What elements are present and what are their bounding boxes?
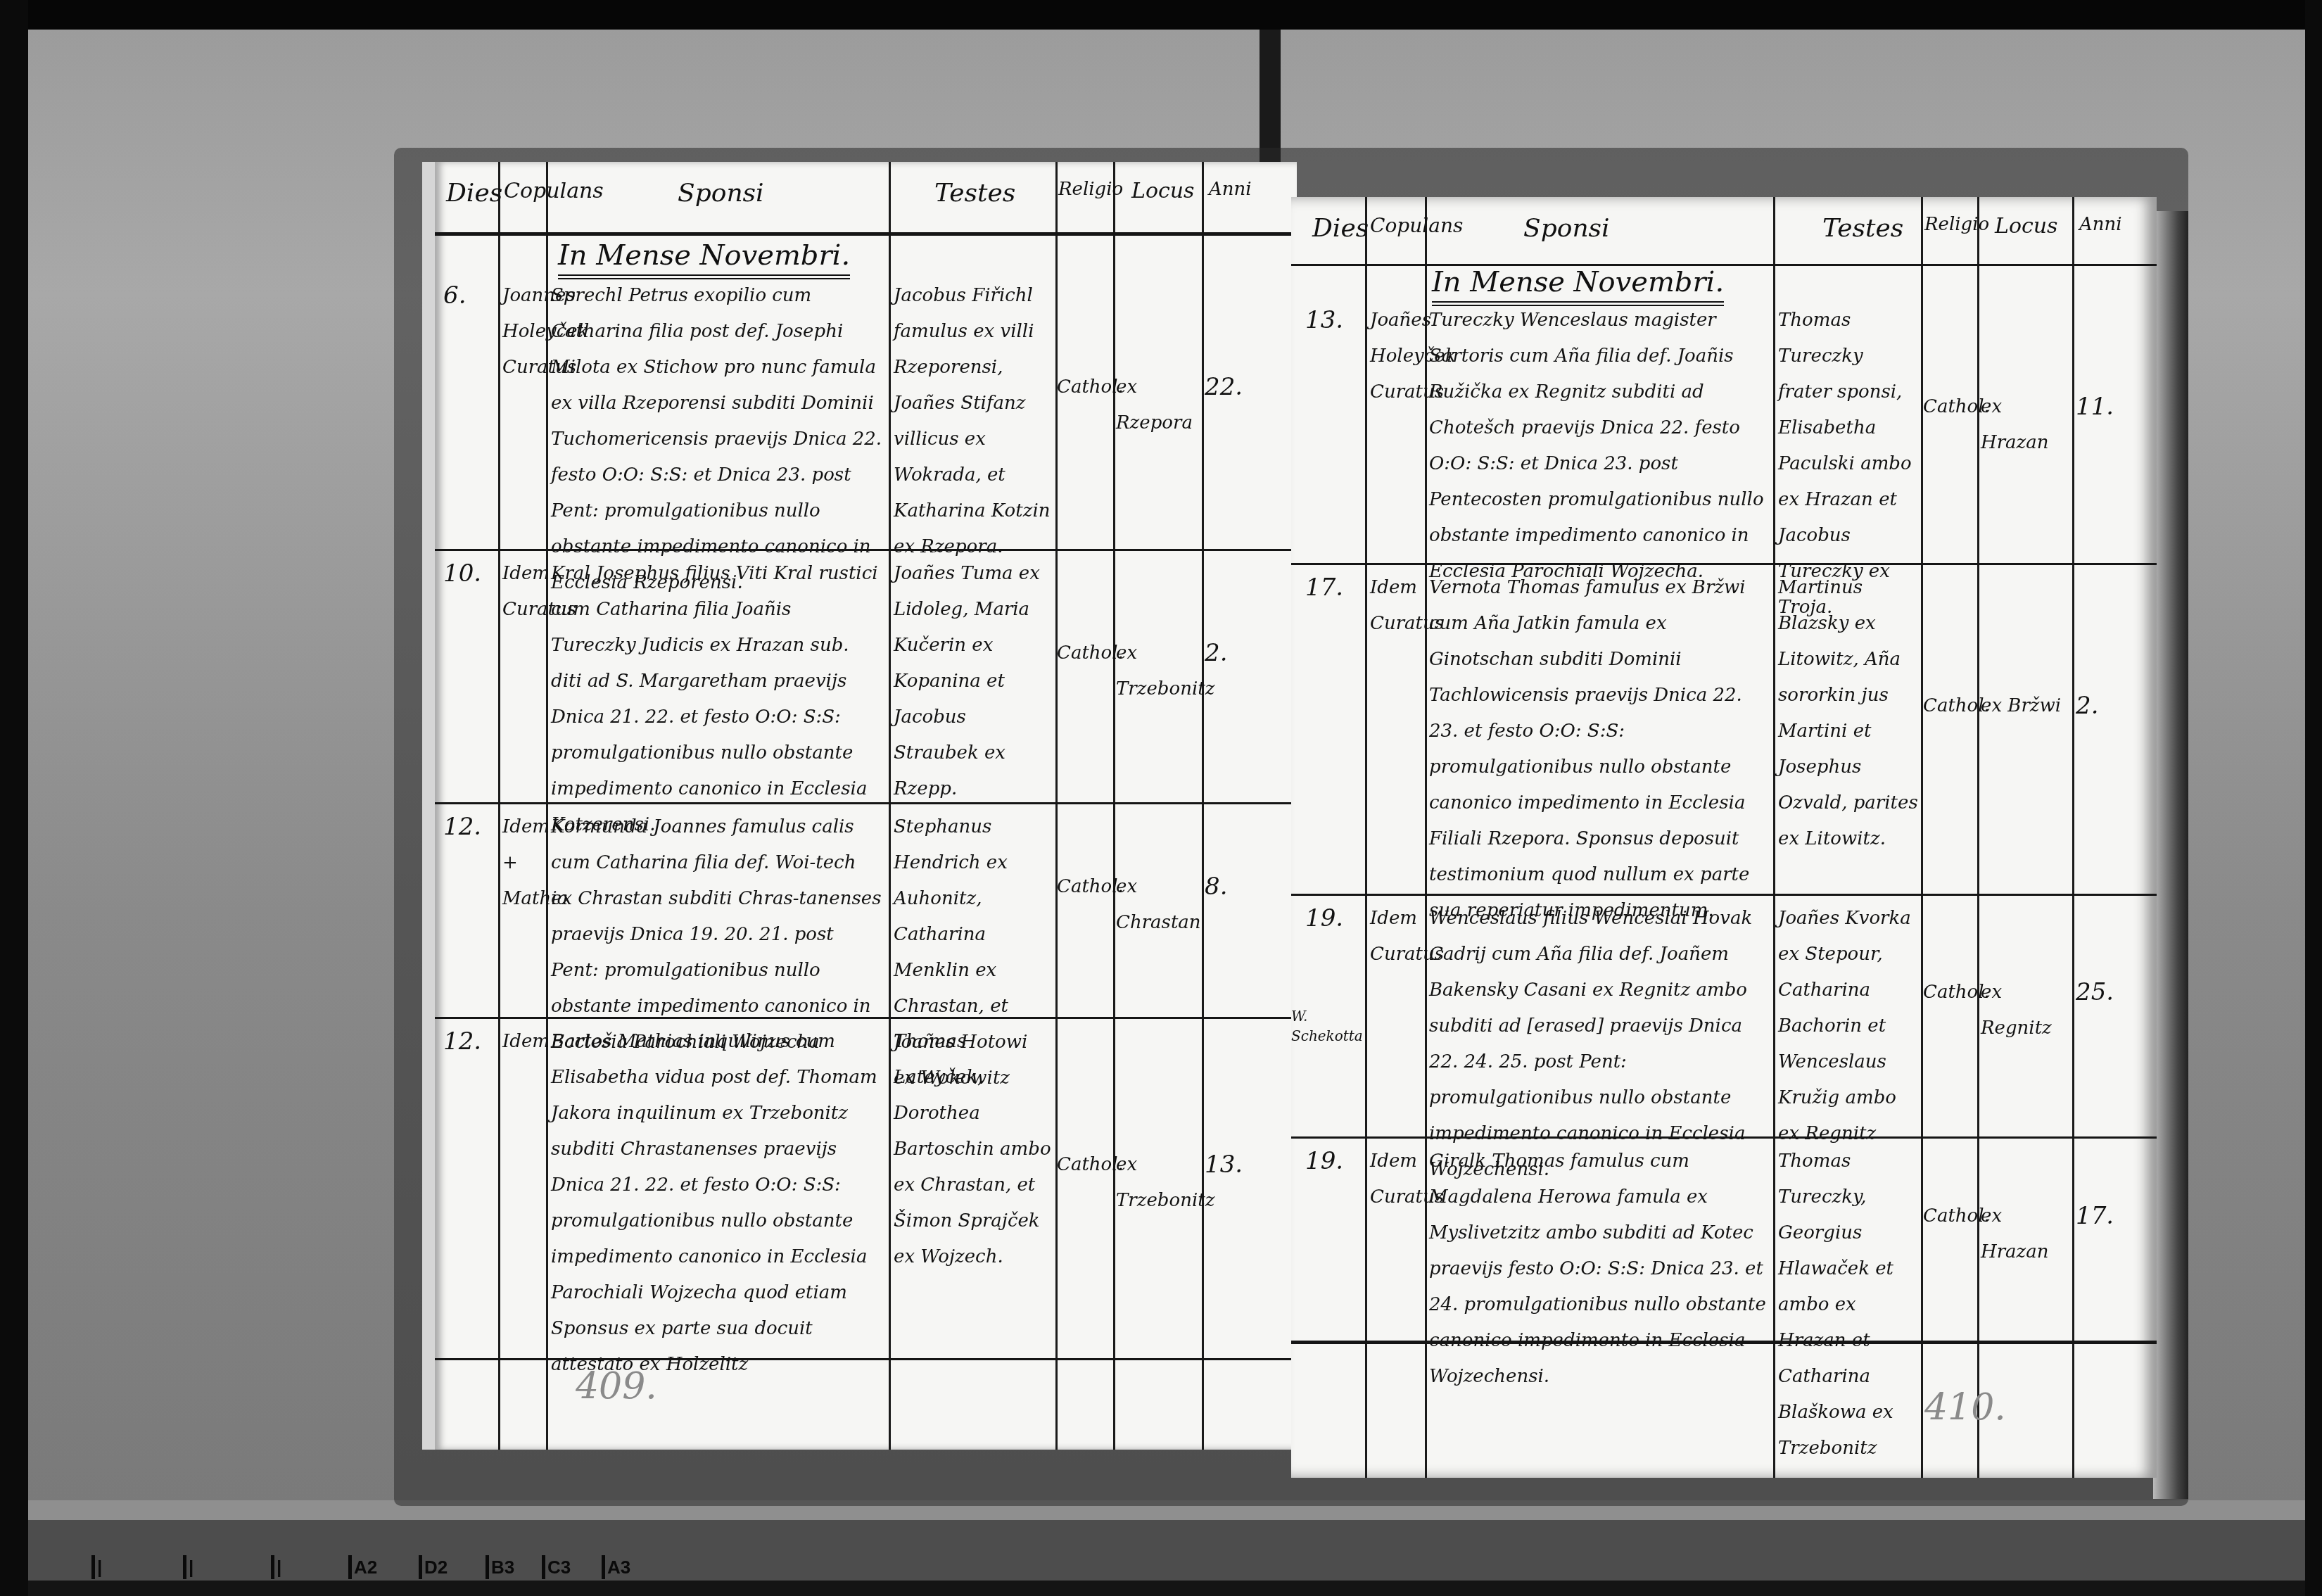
microfilm-marker: B3: [486, 1555, 514, 1579]
entry-day: 10.: [443, 556, 493, 592]
entry-religio: Cathol.: [1057, 369, 1112, 405]
column-header-sponsi: Sponsi: [1523, 214, 1610, 243]
microfilm-marker: A2: [348, 1555, 377, 1579]
film-edge: [28, 1581, 2305, 1596]
entry-anni: 2.: [2076, 688, 2153, 724]
entry-day: 13.: [1305, 303, 1362, 338]
column-divider: [1113, 162, 1115, 1450]
entry-religio: Cathol.: [1057, 1147, 1112, 1183]
book-page-edges: [2153, 211, 2188, 1499]
entry-sponsi: Tureczky Wenceslaus magister Sartoris cu…: [1429, 303, 1770, 590]
entry-locus: ex Regnitz: [1981, 975, 2069, 1046]
column-divider: [889, 162, 891, 1450]
entry-day: 6.: [443, 278, 493, 314]
column-header-locus: Locus: [1995, 214, 2058, 239]
folio-number: 409.: [576, 1365, 657, 1407]
microfilm-marker: |: [183, 1555, 193, 1579]
column-divider: [498, 162, 500, 1450]
entry-copulans: Idem Curatus: [1370, 901, 1423, 973]
microfilm-marker: |: [271, 1555, 281, 1579]
column-divider: [1202, 162, 1204, 1450]
entry-copulans: Idem Curatus: [502, 556, 545, 628]
column-header-locus: Locus: [1131, 179, 1195, 203]
column-divider: [546, 162, 548, 1450]
left-page: Dies Copulans Sponsi Testes Religio Locu…: [422, 162, 1297, 1450]
entry-testes: Joañes Kvorka ex Stepour, Catharina Bach…: [1778, 901, 1919, 1152]
folio-number: 410.: [1924, 1386, 2006, 1429]
column-header-anni: Anni: [2079, 214, 2122, 235]
column-header-anni: Anni: [1209, 179, 1252, 200]
entry-anni: 22.: [1205, 369, 1289, 405]
entry-day: 19.: [1305, 901, 1362, 937]
entry-sponsi: Vernota Thomas famulus ex Bržwi cum Aña …: [1429, 570, 1770, 929]
column-header-testes: Testes: [934, 179, 1015, 208]
entry-testes: Martinus Blazsky ex Litowitz, Aña sorork…: [1778, 570, 1919, 857]
entry-copulans: Idem Curatus: [1370, 570, 1423, 642]
month-heading: In Mense Novembri.: [1432, 266, 1724, 306]
entry-religio: Cathol.: [1923, 1198, 1975, 1234]
entry-sponsi: Kormunda Joannes famulus calis cum Catha…: [551, 809, 882, 1060]
column-header-copulans: Copulans: [1370, 214, 1463, 237]
entry-anni: 2.: [1205, 635, 1289, 671]
column-header-sponsi: Sponsi: [678, 179, 764, 208]
entry-testes: Thomas Tureczky, Georgius Hlawaček et am…: [1778, 1144, 1919, 1467]
column-divider: [1055, 162, 1058, 1450]
column-header-testes: Testes: [1822, 214, 1903, 243]
entry-anni: 13.: [1205, 1147, 1289, 1183]
entry-separator: [435, 549, 1297, 551]
entry-anni: 11.: [2076, 389, 2153, 425]
entry-separator: [1291, 563, 2157, 565]
entry-religio: Cathol.: [1057, 869, 1112, 905]
column-header-dies: Dies: [1312, 214, 1369, 243]
entry-day: 12.: [443, 809, 493, 845]
right-page: Dies Copulans Sponsi Testes Religio Locu…: [1291, 197, 2157, 1478]
entry-locus: ex Bržwi: [1981, 688, 2069, 724]
entry-margin-note: W. Schekotta: [1291, 1006, 1362, 1046]
column-divider: [1977, 197, 1979, 1478]
entry-separator: [1291, 894, 2157, 896]
entry-anni: 25.: [2076, 975, 2153, 1011]
entry-sponsi: Kral Josephus filius Viti Kral rustici c…: [551, 556, 882, 843]
entry-locus: ex Hrazan: [1981, 389, 2069, 461]
scanner-frame-right: [2305, 0, 2322, 1596]
entry-sponsi: Sprechl Petrus exopilio cum Catharina fi…: [551, 278, 882, 601]
entry-anni: 17.: [2076, 1198, 2153, 1234]
entry-separator: [435, 802, 1297, 804]
entry-day: 17.: [1305, 570, 1362, 606]
entry-religio: Cathol.: [1923, 389, 1975, 425]
scanner-frame-left: [0, 0, 28, 1596]
column-divider: [1365, 197, 1367, 1478]
entry-locus: ex Trzebonitz: [1116, 1147, 1199, 1219]
entry-copulans: Joannes Holeyček Curatus: [502, 278, 545, 386]
page-bottom-rule: [435, 1358, 1297, 1360]
entry-copulans: Joañes Holeyček Curatus: [1370, 303, 1423, 410]
entry-sponsi: Giralk Thomas famulus cum Magdalena Hero…: [1429, 1144, 1770, 1395]
microfilm-marker: A3: [602, 1555, 630, 1579]
column-divider: [2072, 197, 2074, 1478]
entry-religio: Cathol.: [1923, 688, 1975, 724]
column-header-religio: Religio: [1058, 179, 1123, 200]
column-header-religio: Religio: [1924, 214, 1989, 235]
entry-religio: Cathol.: [1923, 975, 1975, 1011]
microfilm-marker: C3: [542, 1555, 571, 1579]
microfilm-marker: |: [91, 1555, 102, 1579]
entry-locus: ex Chrastan: [1116, 869, 1199, 941]
scanner-frame-top: [0, 0, 2322, 30]
month-heading: In Mense Novembri.: [558, 239, 850, 279]
entry-copulans: Idem Curatus: [1370, 1144, 1423, 1215]
entry-testes: Thomas Lateyček, Dorothea Bartoschin amb…: [894, 1024, 1052, 1275]
entry-day: 19.: [1305, 1144, 1362, 1179]
entry-sponsi: Bartoš Mathias inquilinus cum Elisabetha…: [551, 1024, 882, 1383]
header-rule: [435, 232, 1297, 236]
entry-locus: ex Trzebonitz: [1116, 635, 1199, 707]
entry-anni: 8.: [1205, 869, 1289, 905]
entry-religio: Cathol.: [1057, 635, 1112, 671]
entry-separator: [435, 1017, 1297, 1019]
entry-copulans: Idem: [502, 1024, 545, 1060]
microfilm-marker: D2: [419, 1555, 448, 1579]
entry-day: 12.: [443, 1024, 493, 1060]
entry-locus: ex Rzepora: [1116, 369, 1199, 441]
page-bottom-rule: [1291, 1341, 2157, 1344]
column-header-dies: Dies: [446, 179, 502, 208]
column-header-copulans: Copulans: [504, 179, 604, 203]
entry-testes: Joañes Tuma ex Lidoleg, Maria Kučerin ex…: [894, 556, 1052, 807]
entry-testes: Jacobus Fiřichl famulus ex villi Rzepore…: [894, 278, 1052, 565]
entry-copulans: Idem + Mathia: [502, 809, 545, 917]
column-divider: [1773, 197, 1775, 1478]
entry-separator: [1291, 1136, 2157, 1139]
entry-locus: ex Hrazan: [1981, 1198, 2069, 1270]
